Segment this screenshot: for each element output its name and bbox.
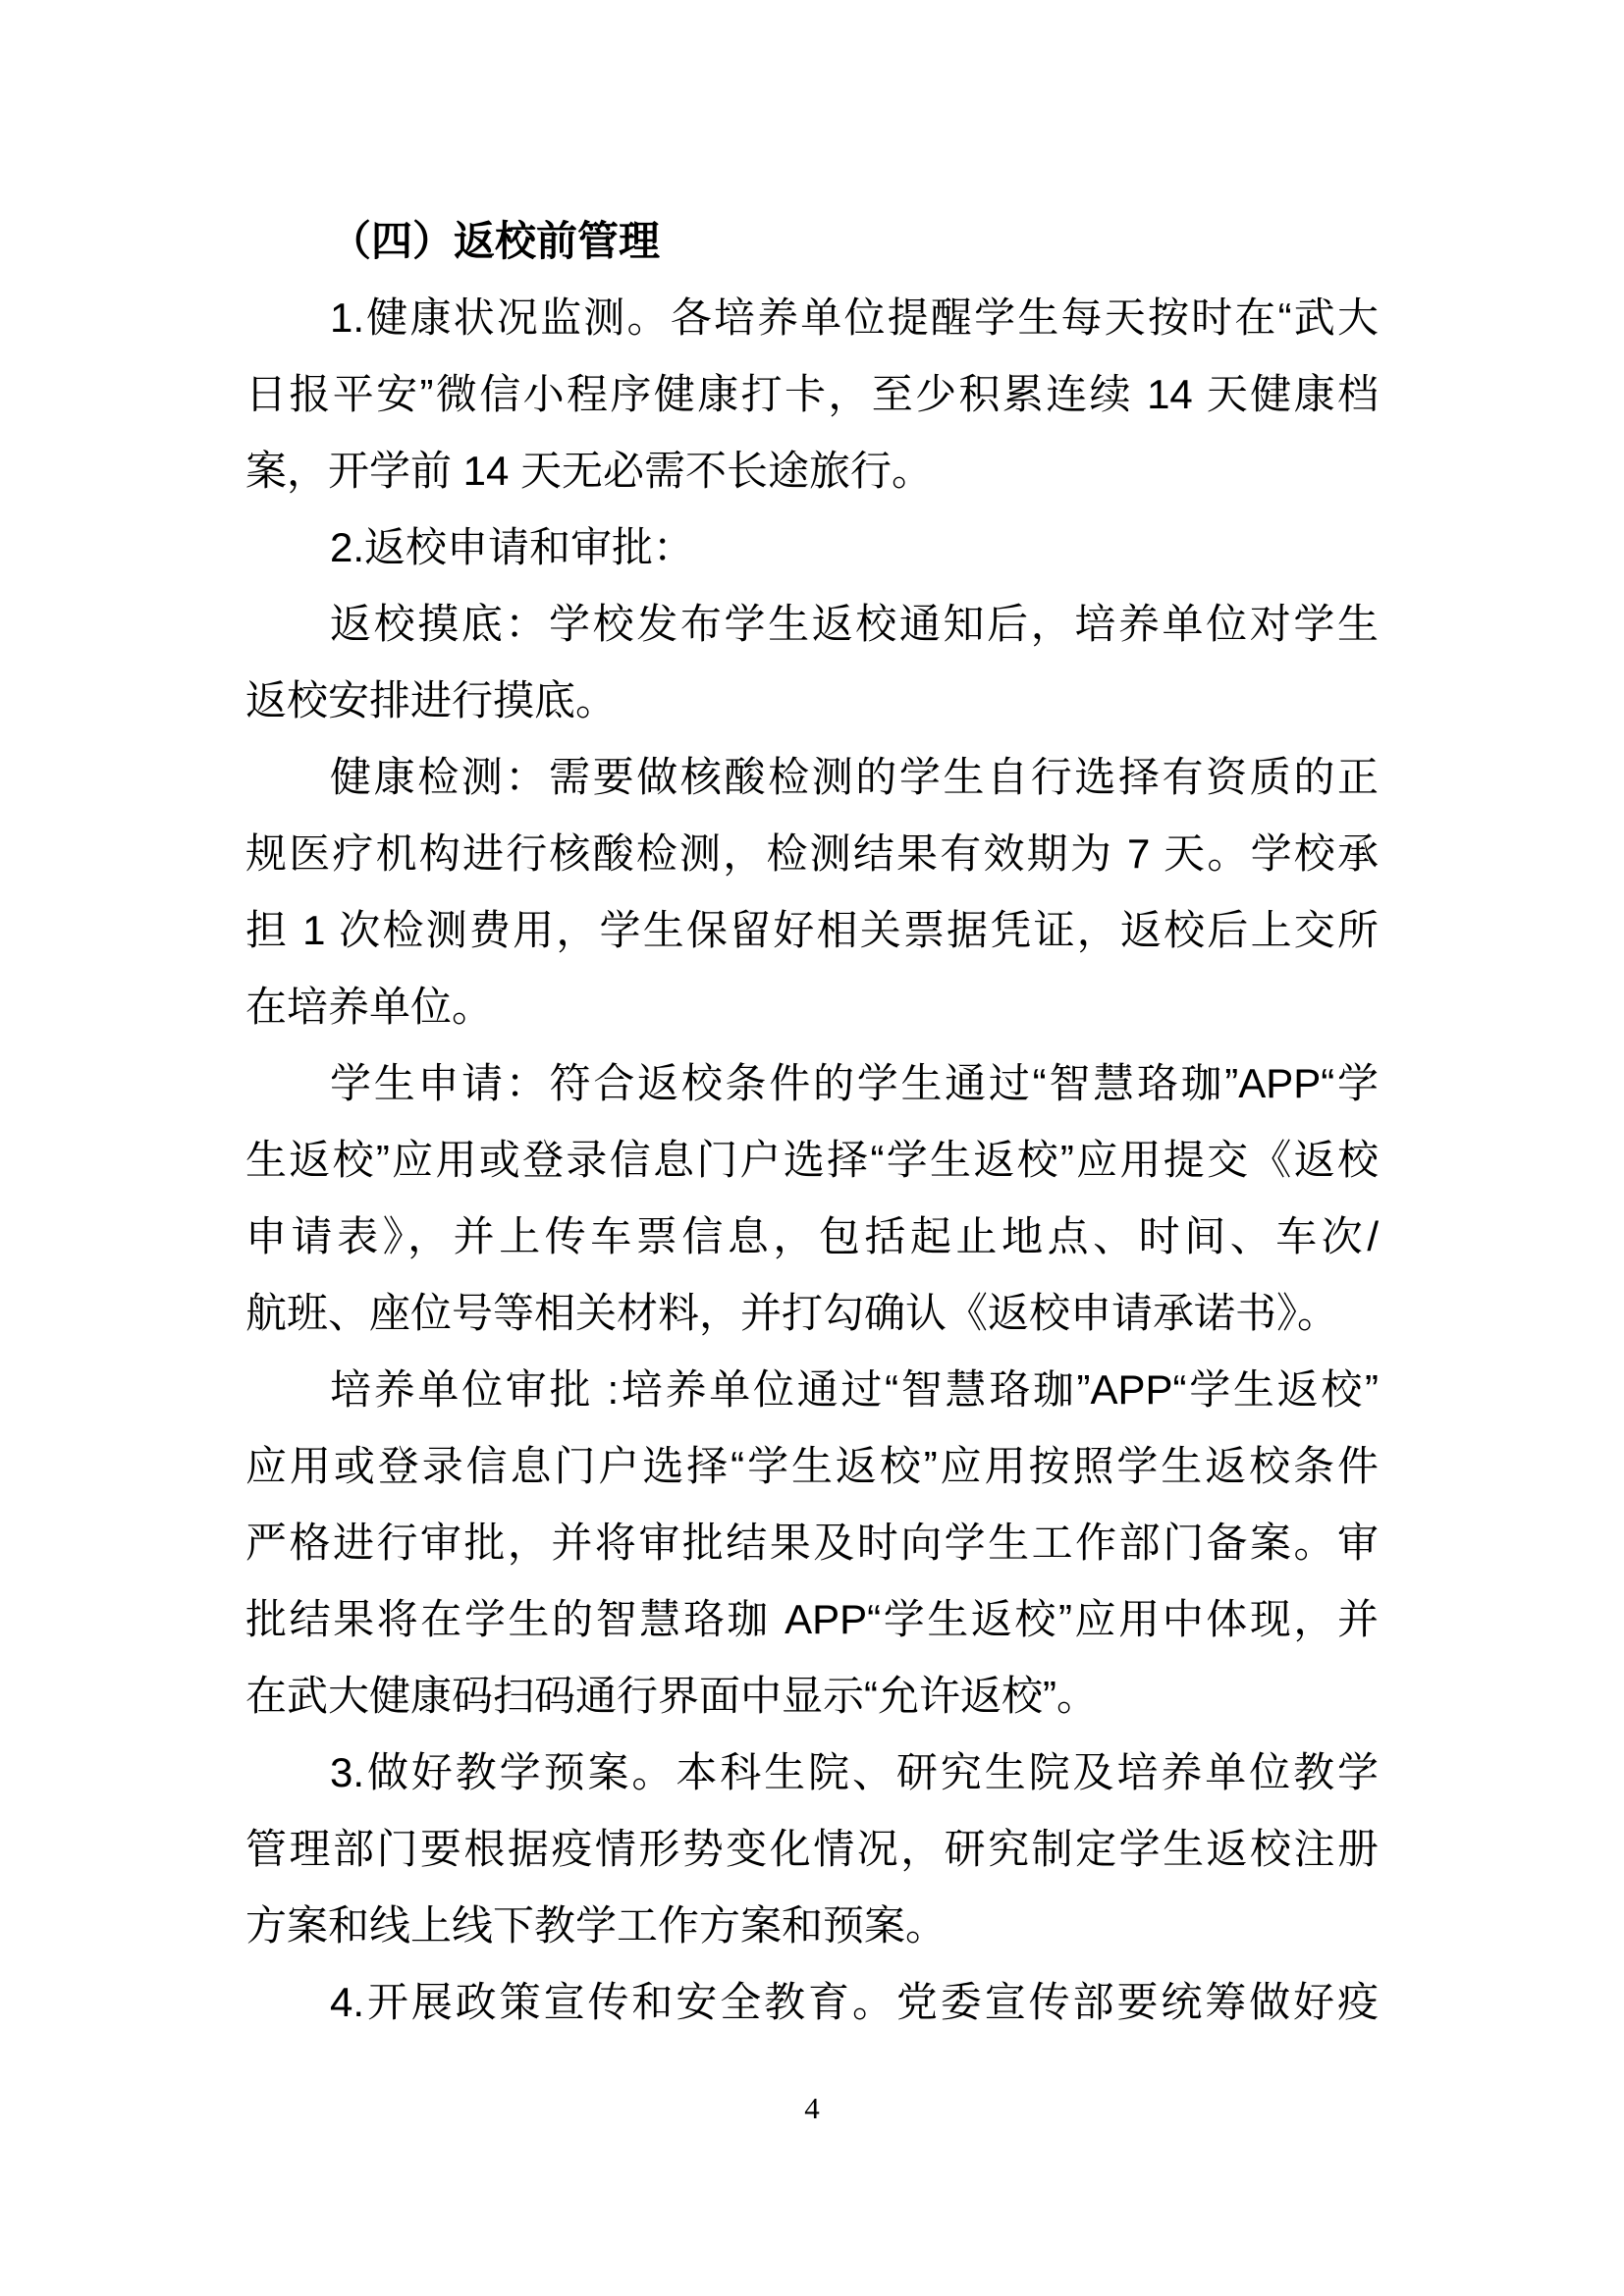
text-line: 3.做好教学预案。本科生院、研究生院及培养单位教学 — [245, 1735, 1379, 1811]
text-line: 培养单位审批 :培养单位通过“智慧珞珈”APP“学生返校” — [245, 1352, 1379, 1428]
section-heading: （四）返校前管理 — [245, 203, 1379, 280]
text-line: 航班、座位号等相关材料，并打勾确认《返校申请承诺书》。 — [245, 1275, 1379, 1352]
text-line: 严格进行审批，并将审批结果及时向学生工作部门备案。审 — [245, 1505, 1379, 1581]
text-line: 返校安排进行摸底。 — [245, 663, 1379, 739]
text-line: 申请表》，并上传车票信息，包括起止地点、时间、车次/ — [245, 1199, 1379, 1275]
page-number: 4 — [0, 2089, 1624, 2128]
text-line: 返校摸底：学校发布学生返校通知后，培养单位对学生 — [245, 586, 1379, 663]
paragraph: 3.做好教学预案。本科生院、研究生院及培养单位教学管理部门要根据疫情形势变化情况… — [245, 1735, 1379, 1964]
text-line: 生返校”应用或登录信息门户选择“学生返校”应用提交《返校 — [245, 1122, 1379, 1199]
paragraph: 培养单位审批 :培养单位通过“智慧珞珈”APP“学生返校”应用或登录信息门户选择… — [245, 1352, 1379, 1735]
text-line: 规医疗机构进行核酸检测，检测结果有效期为 7 天。学校承 — [245, 816, 1379, 892]
document-page: （四）返校前管理1.健康状况监测。各培养单位提醒学生每天按时在“武大日报平安”微… — [0, 0, 1624, 2296]
text-line: 应用或登录信息门户选择“学生返校”应用按照学生返校条件 — [245, 1428, 1379, 1505]
paragraph: 1.健康状况监测。各培养单位提醒学生每天按时在“武大日报平安”微信小程序健康打卡… — [245, 280, 1379, 509]
text-line: 在武大健康码扫码通行界面中显示“允许返校”。 — [245, 1658, 1379, 1735]
text-line: 管理部门要根据疫情形势变化情况，研究制定学生返校注册 — [245, 1811, 1379, 1888]
paragraph: 4.开展政策宣传和安全教育。党委宣传部要统筹做好疫 — [245, 1964, 1379, 2041]
text-line: 2.返校申请和审批： — [245, 509, 1379, 586]
text-line: 日报平安”微信小程序健康打卡，至少积累连续 14 天健康档 — [245, 356, 1379, 433]
text-line: 健康检测：需要做核酸检测的学生自行选择有资质的正 — [245, 739, 1379, 816]
document-body: （四）返校前管理1.健康状况监测。各培养单位提醒学生每天按时在“武大日报平安”微… — [245, 203, 1379, 2041]
text-line: 担 1 次检测费用，学生保留好相关票据凭证，返校后上交所 — [245, 892, 1379, 969]
text-line: 4.开展政策宣传和安全教育。党委宣传部要统筹做好疫 — [245, 1964, 1379, 2041]
paragraph: 学生申请：符合返校条件的学生通过“智慧珞珈”APP“学生返校”应用或登录信息门户… — [245, 1045, 1379, 1352]
paragraph: 2.返校申请和审批： — [245, 509, 1379, 586]
text-line: （四）返校前管理 — [245, 203, 1379, 280]
text-line: 批结果将在学生的智慧珞珈 APP“学生返校”应用中体现，并 — [245, 1581, 1379, 1658]
text-line: 方案和线上线下教学工作方案和预案。 — [245, 1888, 1379, 1964]
paragraph: 健康检测：需要做核酸检测的学生自行选择有资质的正规医疗机构进行核酸检测，检测结果… — [245, 739, 1379, 1045]
paragraph: 返校摸底：学校发布学生返校通知后，培养单位对学生返校安排进行摸底。 — [245, 586, 1379, 739]
text-line: 在培养单位。 — [245, 969, 1379, 1045]
text-line: 1.健康状况监测。各培养单位提醒学生每天按时在“武大 — [245, 280, 1379, 356]
text-line: 案，开学前 14 天无必需不长途旅行。 — [245, 433, 1379, 509]
text-line: 学生申请：符合返校条件的学生通过“智慧珞珈”APP“学 — [245, 1045, 1379, 1122]
